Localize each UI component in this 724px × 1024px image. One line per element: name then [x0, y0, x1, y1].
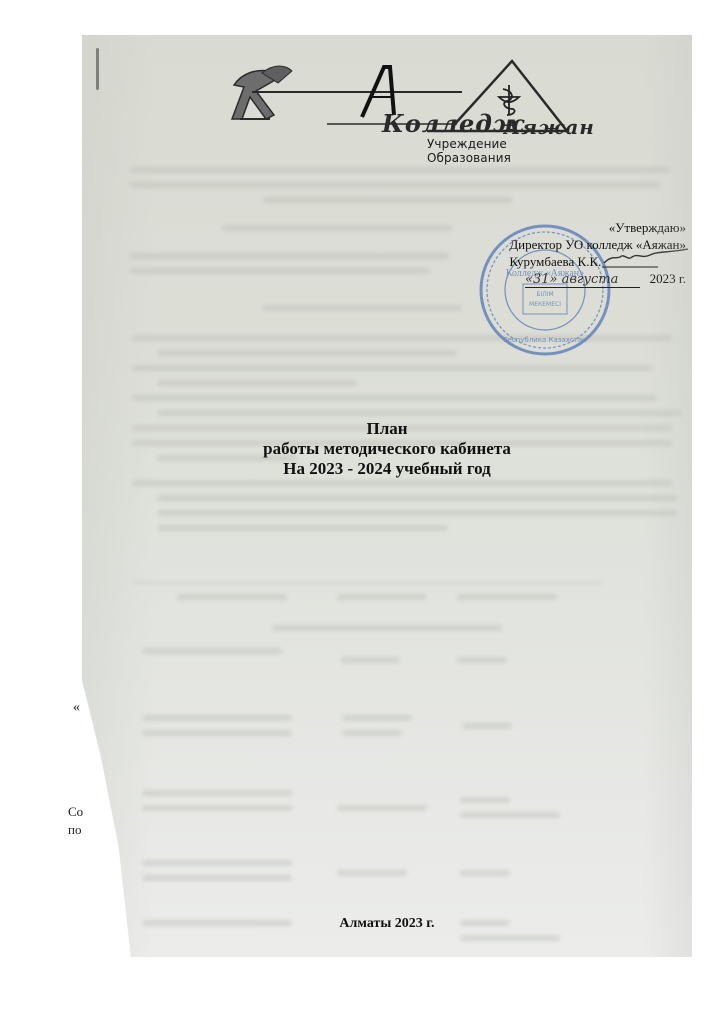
edge-fragment-co: Со	[68, 804, 83, 820]
edge-fragment-quote: «	[73, 700, 80, 716]
svg-text:БІЛІМ: БІЛІМ	[536, 291, 553, 298]
college-logo: Колледж Аяжан Учреждение Образования	[222, 57, 567, 139]
logo-subtitle: Учреждение Образования	[427, 137, 567, 165]
title-line-plan: План	[82, 419, 692, 439]
svg-text:Республика Казахстан: Республика Казахстан	[503, 336, 586, 344]
edge-fragment-po: по	[68, 822, 81, 838]
svg-text:МЕКЕМЕСІ: МЕКЕМЕСІ	[529, 301, 561, 308]
title-line-year: На 2023 - 2024 учебный год	[82, 459, 692, 479]
title-line-subject: работы методического кабинета	[82, 439, 692, 459]
pen-mark	[96, 48, 99, 90]
city-year: Алматы 2023 г.	[82, 916, 692, 932]
document-title: План работы методического кабинета На 20…	[82, 419, 692, 479]
logo-name-part2: Аяжан	[504, 115, 595, 139]
scanned-page: Колледж Аяжан Учреждение Образования БІЛ…	[82, 35, 692, 957]
director-signature	[602, 223, 692, 283]
